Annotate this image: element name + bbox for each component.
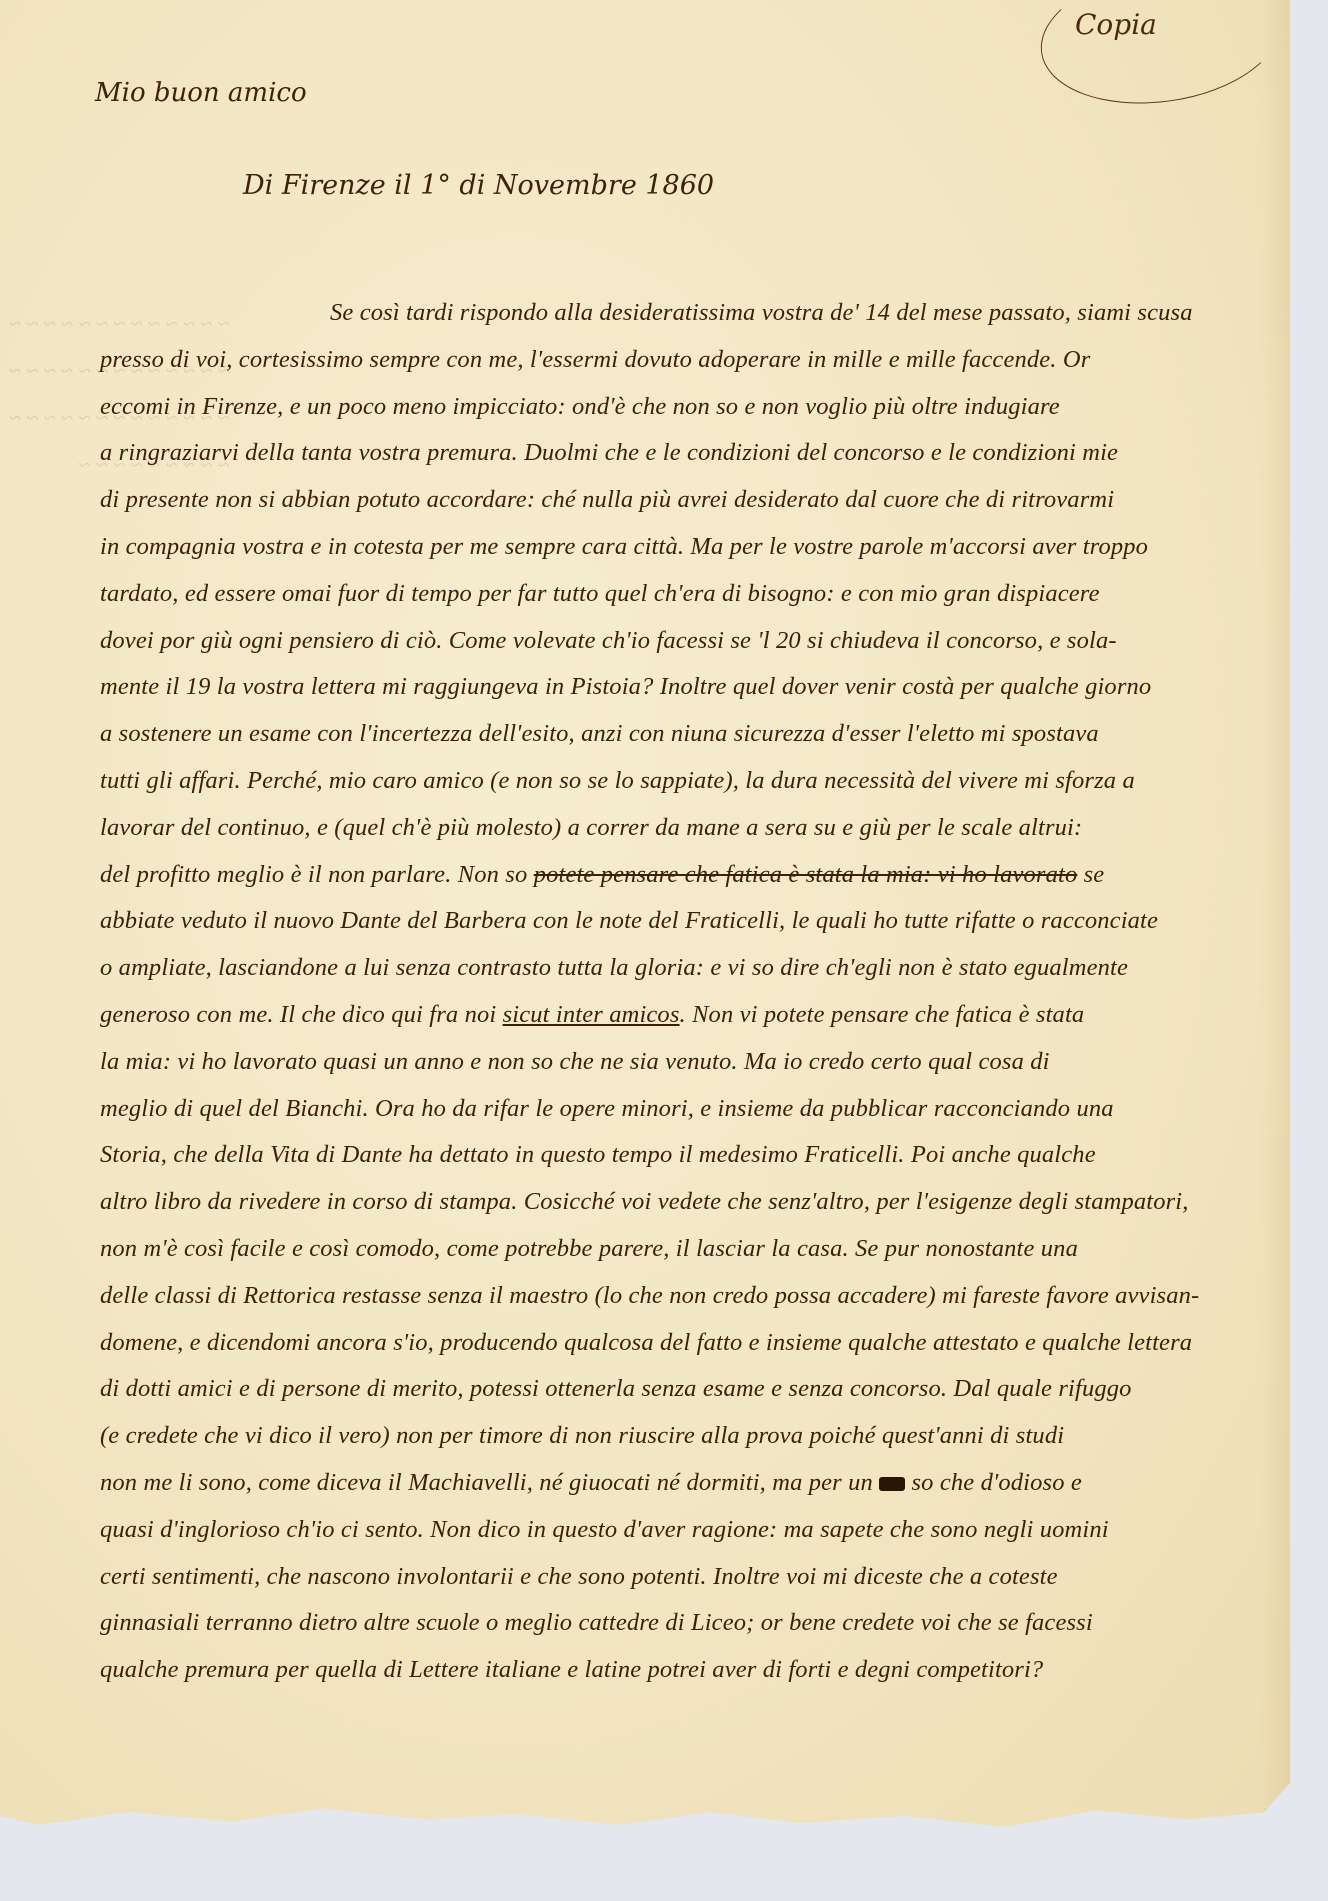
letter-line: eccomi in Firenze, e un poco meno impicc… bbox=[100, 384, 1230, 431]
letter-line: di presente non si abbian potuto accorda… bbox=[100, 477, 1230, 524]
letter-line: lavorar del continuo, e (quel ch'è più m… bbox=[100, 805, 1230, 852]
letter-body: Se così tardi rispondo alla desideratiss… bbox=[100, 290, 1230, 1694]
dateline: Di Firenze il 1° di Novembre 1860 bbox=[243, 170, 714, 201]
ink-blot bbox=[879, 1477, 905, 1491]
letter-line: di dotti amici e di persone di merito, p… bbox=[100, 1366, 1230, 1413]
letter-line: certi sentimenti, che nascono involontar… bbox=[100, 1554, 1230, 1601]
letter-line: tardato, ed essere omai fuor di tempo pe… bbox=[100, 571, 1230, 618]
line-text-after: so che d'odioso e bbox=[912, 1469, 1082, 1496]
letter-line: a sostenere un esame con l'incertezza de… bbox=[100, 711, 1230, 758]
letter-line: Se così tardi rispondo alla desideratiss… bbox=[100, 290, 1230, 337]
letter-line: domene, e dicendomi ancora s'io, produce… bbox=[100, 1320, 1230, 1367]
letter-line: ginnasiali terranno dietro altre scuole … bbox=[100, 1600, 1230, 1647]
line-text: non me li sono, come diceva il Machiavel… bbox=[100, 1469, 873, 1496]
struck-out-text: potete pensare che fatica è stata la mia… bbox=[534, 861, 1078, 888]
letter-line: Storia, che della Vita di Dante ha detta… bbox=[100, 1132, 1230, 1179]
letter-line: dovei por giù ogni pensiero di ciò. Come… bbox=[100, 618, 1230, 665]
line-text-after: se bbox=[1084, 861, 1105, 888]
letter-page: ~ ~ ~ ~ ~ ~ ~ ~ ~ ~ ~ ~ ~ ~ ~ ~ ~ ~ ~ ~ … bbox=[0, 0, 1290, 1838]
salutation: Mio buon amico bbox=[95, 78, 307, 108]
copia-annotation: Copia bbox=[1075, 8, 1157, 41]
line-text: del profitto meglio è il non parlare. No… bbox=[100, 861, 527, 888]
letter-line: abbiate veduto il nuovo Dante del Barber… bbox=[100, 898, 1230, 945]
line-text-after: . Non vi potete pensare che fatica è sta… bbox=[680, 1001, 1085, 1028]
letter-line: meglio di quel del Bianchi. Ora ho da ri… bbox=[100, 1086, 1230, 1133]
letter-line-with-ink-blot: non me li sono, come diceva il Machiavel… bbox=[100, 1460, 1230, 1507]
letter-line: tutti gli affari. Perché, mio caro amico… bbox=[100, 758, 1230, 805]
copia-circle-mark bbox=[1032, 0, 1290, 118]
letter-line: qualche premura per quella di Lettere it… bbox=[100, 1647, 1230, 1694]
letter-line: la mia: vi ho lavorato quasi un anno e n… bbox=[100, 1039, 1230, 1086]
letter-line: presso di voi, cortesissimo sempre con m… bbox=[100, 337, 1230, 384]
letter-line: quasi d'inglorioso ch'io ci sento. Non d… bbox=[100, 1507, 1230, 1554]
letter-line: a ringraziarvi della tanta vostra premur… bbox=[100, 430, 1230, 477]
letter-line-with-underline: generoso con me. Il che dico qui fra noi… bbox=[100, 992, 1230, 1039]
letter-line: delle classi di Rettorica restasse senza… bbox=[100, 1273, 1230, 1320]
letter-line: non m'è così facile e così comodo, come … bbox=[100, 1226, 1230, 1273]
line-text: generoso con me. Il che dico qui fra noi bbox=[100, 1001, 496, 1028]
letter-line: (e credete che vi dico il vero) non per … bbox=[100, 1413, 1230, 1460]
letter-line: o ampliate, lasciandone a lui senza cont… bbox=[100, 945, 1230, 992]
letter-line: altro libro da rivedere in corso di stam… bbox=[100, 1179, 1230, 1226]
letter-line-with-strikethrough: del profitto meglio è il non parlare. No… bbox=[100, 852, 1230, 899]
letter-line: mente il 19 la vostra lettera mi raggiun… bbox=[100, 664, 1230, 711]
underlined-latin-phrase: sicut inter amicos bbox=[503, 1001, 680, 1028]
letter-line: in compagnia vostra e in cotesta per me … bbox=[100, 524, 1230, 571]
